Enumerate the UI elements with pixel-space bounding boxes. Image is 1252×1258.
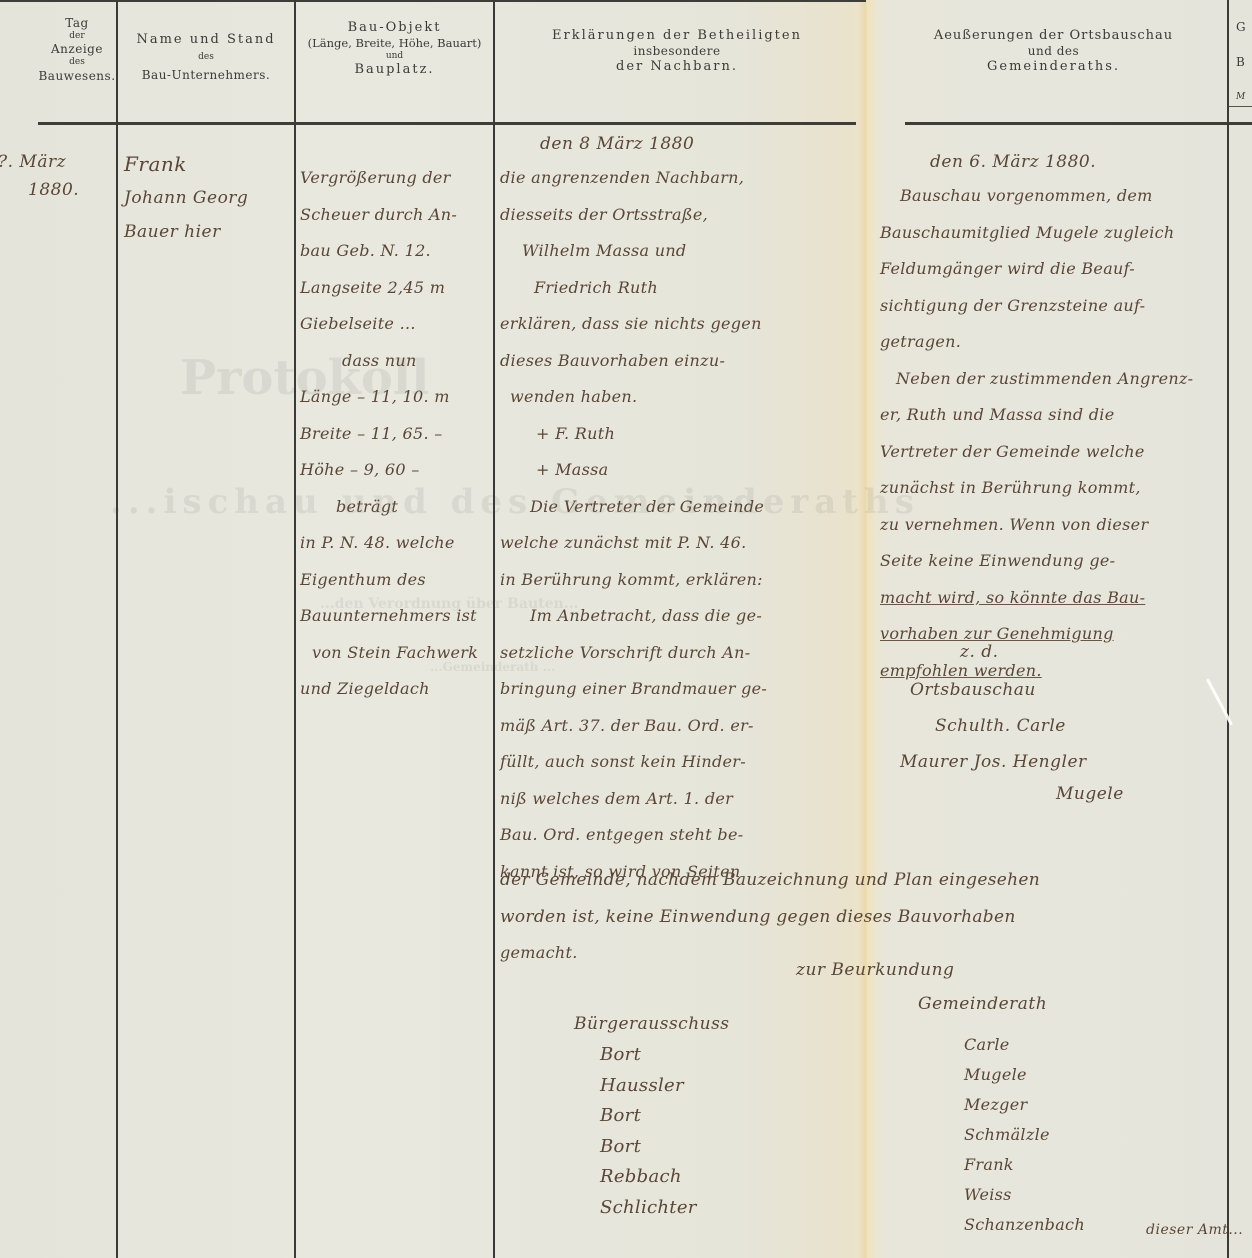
header-statements-line-2: insbesondere [495,44,859,59]
statement-mark-ruth: + F. Ruth [500,416,767,453]
entrant-surname: Frank [124,152,187,176]
statements-wide-text: der Gemeinde, nachdem Bauzeichnung und P… [500,862,1040,972]
object-line: bau Geb. N. 12. [300,233,478,270]
statement-line: wenden haben. [500,379,767,416]
signature: Weiss [964,1180,1085,1210]
signature: Carle [964,1030,1085,1060]
header-object-line-2: (Länge, Breite, Höhe, Bauart) [296,36,493,50]
opinion-line underline: vorhaben zur Genehmigung [880,616,1193,653]
opinion-line: Bauschaumitglied Mugele zugleich [880,215,1193,252]
statement-line: setzliche Vorschrift durch An- [500,635,767,672]
opinion-line: Bauschau vorgenommen, dem [880,178,1193,215]
statement-wide-line: gemacht. [500,935,1040,972]
statement-line: Wilhelm Massa und [500,233,767,270]
page-fold [858,0,874,1258]
header-object-line-1: Bau-Objekt [296,20,493,36]
header-date-line-5: Bauwesens. [38,69,116,84]
header-bottom-rule-left [38,122,856,125]
statement-line: die angrenzenden Nachbarn, [500,160,767,197]
signature: Schlichter [600,1193,697,1224]
opinion-line: sichtigung der Grenzsteine auf- [880,288,1193,325]
object-line: Bauunternehmers ist [300,598,478,635]
statement-line: erklären, dass sie nichts gegen [500,306,767,343]
entrant-occupation: Bauer hier [124,222,221,242]
partial-col-subrule [1229,106,1252,107]
object-line: beträgt [300,489,478,526]
signature: Bort [600,1132,697,1163]
header-partial-right: G B M [1236,20,1252,103]
header-statements-line-1: Erklärungen der Betheiligten [495,28,859,44]
signatures-right-title: Gemeinderath [918,994,1047,1014]
header-partial-line-3: M [1236,92,1252,103]
signature: Schanzenbach [964,1210,1085,1240]
object-line: Giebelseite ... [300,306,478,343]
statement-line: diesseits der Ortsstraße, [500,197,767,234]
object-line: Scheuer durch An- [300,197,478,234]
statement-line: welche zunächst mit P. N. 46. [500,525,767,562]
col-divider-3 [493,0,495,1258]
statement-line: Friedrich Ruth [500,270,767,307]
header-object: Bau-Objekt (Länge, Breite, Höhe, Bauart)… [296,20,493,78]
opinion-line: Seite keine Einwendung ge- [880,543,1193,580]
header-date: Tag der Anzeige des Bauwesens. [38,16,116,84]
statement-line: mäß Art. 37. der Bau. Ord. er- [500,708,767,745]
certification-phrase: zur Beurkundung [796,960,954,980]
opinion-line: getragen. [880,324,1193,361]
opinion-line: Neben der zustimmenden Angrenz- [880,361,1193,398]
header-opinions-line-3: Gemeinderaths. [880,59,1227,75]
opinion-line: Vertreter der Gemeinde welche [880,434,1193,471]
object-line: und Ziegeldach [300,671,478,708]
opinions-date: den 6. März 1880. [930,152,1096,172]
header-statements: Erklärungen der Betheiligten insbesonder… [495,28,859,76]
header-object-line-4: Bauplatz. [296,62,493,78]
statement-line: Die Vertreter der Gemeinde [500,489,767,526]
opinions-signer: Mugele [1056,784,1124,804]
opinion-line: zunächst in Berührung kommt, [880,470,1193,507]
trailing-note: dieser Amt... [1146,1222,1243,1238]
header-name: Name und Stand des Bau-Unternehmers. [118,32,294,83]
opinions-signoff-title: Ortsbauschau [910,680,1036,700]
header-date-line-1: Tag [38,16,116,31]
header-name-line-2: des [118,52,294,63]
opinions-zl: z. d. [960,642,999,662]
entry-date-day: ?. März [0,152,66,172]
signature: Bort [600,1040,697,1071]
header-top-rule [0,0,866,2]
signatures-left: Bort Haussler Bort Bort Rebbach Schlicht… [600,1040,697,1223]
statement-line: bringung einer Brandmauer ge- [500,671,767,708]
object-line: Länge – 11, 10. m [300,379,478,416]
object-line: Höhe – 9, 60 – [300,452,478,489]
statement-wide-line: der Gemeinde, nachdem Bauzeichnung und P… [500,862,1040,899]
opinions-signer: Maurer Jos. Hengler [900,752,1087,772]
signature: Frank [964,1150,1085,1180]
header-statements-line-3: der Nachbarn. [495,59,859,75]
object-line: Vergrößerung der [300,160,478,197]
header-partial-line-2: B [1236,55,1252,70]
header-date-line-2: der [38,31,116,42]
statements-date: den 8 März 1880 [540,134,694,154]
opinion-line: er, Ruth und Massa sind die [880,397,1193,434]
opinion-line: zu vernehmen. Wenn von dieser [880,507,1193,544]
statement-mark-massa: + Massa [500,452,767,489]
header-bottom-rule-right [905,122,1252,125]
header-object-line-3: und [296,51,493,62]
opinion-line: Feldumgänger wird die Beauf- [880,251,1193,288]
col-divider-2 [294,0,296,1258]
object-line: von Stein Fachwerk [300,635,478,672]
entry-date-year: 1880. [28,180,79,200]
object-description: Vergrößerung der Scheuer durch An- bau G… [300,160,478,708]
signature: Schmälzle [964,1120,1085,1150]
statements-text: die angrenzenden Nachbarn, diesseits der… [500,160,767,890]
signature: Haussler [600,1071,697,1102]
statement-line: niß welches dem Art. 1. der [500,781,767,818]
statement-line: in Berührung kommt, erklären: [500,562,767,599]
signature: Mugele [964,1060,1085,1090]
header-name-line-1: Name und Stand [118,32,294,48]
statement-line: dieses Bauvorhaben einzu- [500,343,767,380]
object-line: Eigenthum des [300,562,478,599]
statement-line: Bau. Ord. entgegen steht be- [500,817,767,854]
header-opinions-line-2: und des [880,44,1227,59]
header-opinions: Aeußerungen der Ortsbauschau und des Gem… [880,28,1227,76]
object-line: Langseite 2,45 m [300,270,478,307]
statement-line: füllt, auch sonst kein Hinder- [500,744,767,781]
header-date-line-3: Anzeige [38,42,116,57]
signature: Bort [600,1101,697,1132]
header-opinions-line-1: Aeußerungen der Ortsbauschau [880,28,1227,44]
signature: Mezger [964,1090,1085,1120]
signature: Rebbach [600,1162,697,1193]
statement-wide-line: worden ist, keine Einwendung gegen diese… [500,899,1040,936]
opinion-line underline: macht wird, so könnte das Bau- [880,580,1193,617]
col-divider-4 [1227,0,1229,1258]
header-partial-line-1: G [1236,20,1252,35]
entrant-given-names: Johann Georg [124,188,248,208]
header-date-line-4: des [38,57,116,68]
object-line: dass nun [300,343,478,380]
signatures-left-title: Bürgerausschuss [574,1014,730,1034]
col-divider-1 [116,0,118,1258]
signatures-right: Carle Mugele Mezger Schmälzle Frank Weis… [964,1030,1085,1240]
object-line: Breite – 11, 65. – [300,416,478,453]
opinions-text: Bauschau vorgenommen, dem Bauschaumitgli… [880,178,1193,689]
opinions-signer: Schulth. Carle [935,716,1066,736]
statement-line: Im Anbetracht, dass die ge- [500,598,767,635]
header-name-line-3: Bau-Unternehmers. [118,68,294,83]
object-line: in P. N. 48. welche [300,525,478,562]
